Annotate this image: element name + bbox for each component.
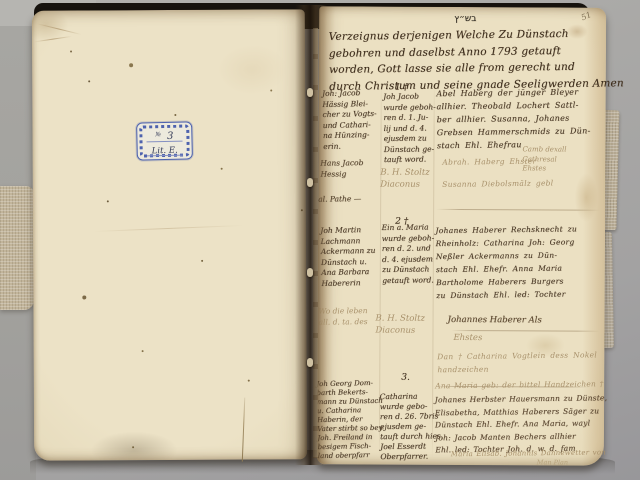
entry-2-margin-note: Wo die lebenall. d. ta. des [318,306,367,328]
entry-2-pastor-signature: B. H. StoltzDiaconus [375,313,425,337]
label-number-prefix: № [155,131,161,138]
paper-specks [70,51,72,53]
entry-1-witnesses: Abel Haberg der jünger Bleyerallhier. Th… [436,85,591,152]
entry-2-parents: Joh MartinLachmannAckermann zuDünstach u… [320,225,376,289]
entry-3-parents: Joh Georg Dom-barth Bekerts-mann zu Düns… [316,379,384,461]
entry-1-pastor-signature: B. H. StoltzDiaconus [380,167,430,191]
entry-2-birth: Ein a. Mariawurde geboh-ren d. 2. undd. … [382,222,435,286]
entry-1-birth: Joh Jacobwurde geboh-ren d. 1. Ju-lij un… [383,91,436,165]
archive-label-border: №3 Lit. E. [139,124,190,157]
entry-1-faded-note2: Susanna Diebolsmälz gebl [442,177,553,191]
manuscript-scan: №3 Lit. E. בש״ץ 51 Verzeignus derjenigen… [0,0,640,480]
left-page: №3 Lit. E. [32,9,307,460]
entry-2-witnesses: Johanes Haberer Rechsknecht zuRheinholz:… [435,222,578,302]
entry-1-parents: Joh: JacobHässig Blei-cher zu Vogts-und … [322,88,377,152]
entry-3-pre-note: Ana Maria geb: der bittel Handzeichen † [435,378,604,393]
entry-3-tail-note2: Man Plan [537,458,568,466]
entry-3-tail-note: Maria Elisab. Johannis Dannewetter von [451,446,606,460]
archive-label: №3 Lit. E. [136,121,193,160]
page-crease [93,225,243,232]
label-lit-row: Lit. E. [147,141,183,156]
entry-separator [452,330,600,332]
binding-stitch [307,88,313,97]
paper-crack [242,398,245,462]
binding-stitch [307,358,313,367]
entry-1-faded-side: Camb dexallCathresalEhstes [522,145,566,174]
page-number: 51 [580,10,593,22]
fabric-patch-left [0,186,34,310]
label-number-row: №3 [146,127,182,142]
binding-stitch [307,178,313,187]
entry-1-margin-note2: al. Pathe — [318,194,361,205]
binding-stitch [307,268,313,277]
corner-crease [36,23,81,35]
entry-1-margin-note: Hans JacobHessig [320,158,363,180]
hebrew-inscription: בש״ץ [454,14,476,24]
label-number-value: 3 [167,130,174,141]
entry-2-center-note: Johannes Haberer Als [448,315,542,325]
corner-crease [34,36,72,42]
binding-page-stubs [313,28,318,458]
register-header: Verzeignus derjenigen Welche Zu Dünstach… [329,25,624,95]
interlude-note: Dan † Catharina Vogtlein dess Nokelhandz… [437,348,597,376]
label-lit-value: Lit. E. [152,145,178,156]
entry-separator [436,209,600,211]
right-page: בש״ץ 51 Verzeignus derjenigen Welche Zu … [317,6,606,465]
entry-3-number: 3. [401,373,410,383]
entry-2-faded-note: Ehstes [453,333,482,343]
